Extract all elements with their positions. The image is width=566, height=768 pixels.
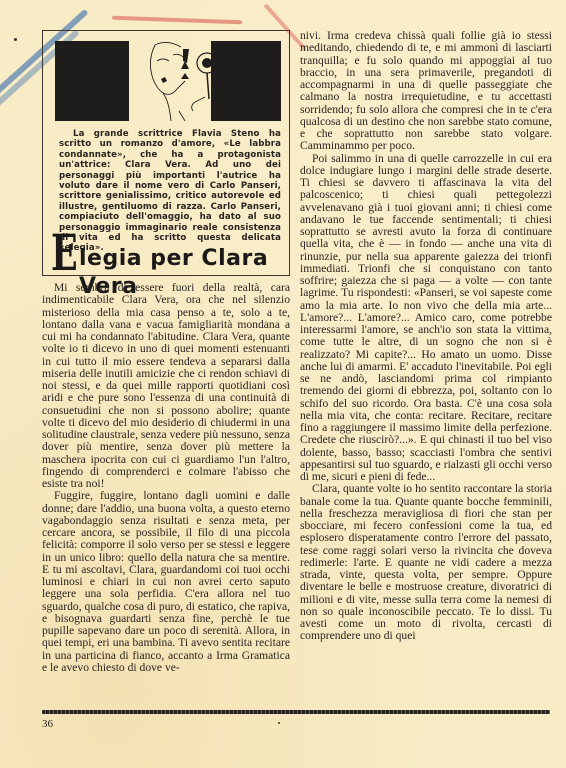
woman-face-illustration-icon [141,41,221,121]
paragraph: Mi sembra di essere fuori della realtà, … [42,282,290,490]
title-initial: E [51,233,78,273]
page-number: 36 [42,718,53,730]
left-column: Mi sembra di essere fuori della realtà, … [42,282,290,674]
paragraph: Clara, quante volte io ho sentito raccon… [300,483,552,642]
red-crayon-mark [112,16,242,25]
decorative-footer-rule [42,710,550,714]
paragraph: Poi salimmo in una di quelle carrozzelle… [300,153,552,484]
paragraph: Fuggire, fuggire, lontano dagli uomini e… [42,490,290,674]
header-illustration [55,41,281,121]
black-block-left [55,41,129,121]
intro-box: La grande scrittrice Flavia Steno ha scr… [42,30,290,276]
article-title: E legia per Clara Vera [51,233,285,273]
right-column: nivi. Irma credeva chissà quali follie g… [300,30,552,643]
black-block-right [211,41,281,121]
ink-speck [278,722,280,724]
paragraph: nivi. Irma credeva chissà quali follie g… [300,30,552,153]
ink-speck [14,38,17,41]
magazine-page: La grande scrittrice Flavia Steno ha scr… [0,0,566,768]
